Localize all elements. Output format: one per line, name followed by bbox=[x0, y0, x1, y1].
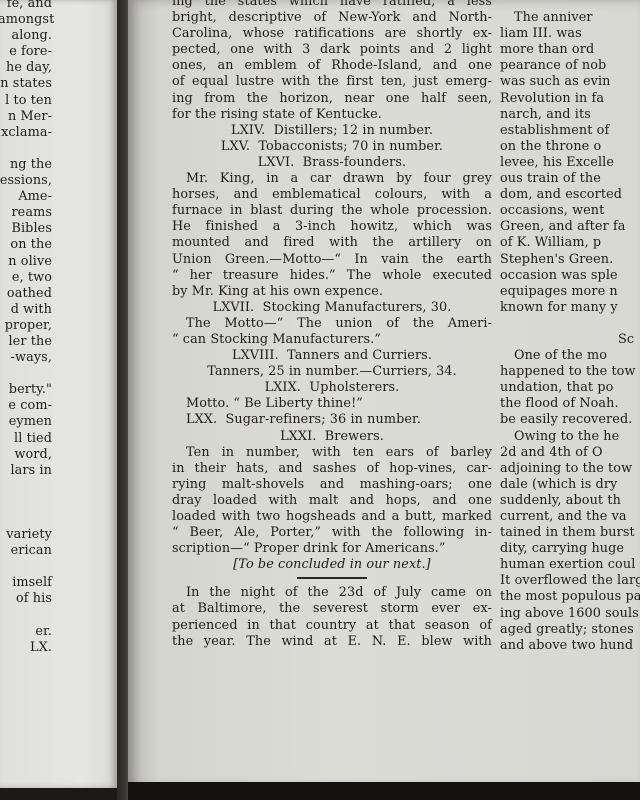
spacer bbox=[500, 316, 640, 332]
text-fragment: imself bbox=[0, 575, 52, 591]
text-line: “ Beer, Ale, Porter,” with the following… bbox=[172, 525, 492, 541]
text-fragment: xclama- bbox=[0, 125, 52, 141]
text-fragment: Revolution in fa bbox=[500, 91, 640, 107]
text-line: The Motto—“ The union of the Ameri- bbox=[172, 316, 492, 332]
text-fragment: the flood of Noah. bbox=[500, 396, 640, 412]
text-line: Union Green.—Motto—“ In vain the earth bbox=[172, 252, 492, 268]
text-fragment: of K. William, p bbox=[500, 235, 640, 251]
text-line: Tanners, 25 in number.—Curriers, 34. bbox=[172, 364, 492, 380]
text-line: dray loaded with malt and hops, and one bbox=[172, 493, 492, 509]
text-fragment: n olive bbox=[0, 254, 52, 270]
page-bottom-edge bbox=[128, 782, 640, 800]
text-fragment: 2d and 4th of O bbox=[500, 445, 640, 461]
text-line: “ can Stocking Manufacturers.” bbox=[172, 332, 492, 348]
text-fragment: e fore- bbox=[0, 44, 52, 60]
text-line: horses, and emblematical colours, with a bbox=[172, 187, 492, 203]
text-fragment: n Mer- bbox=[0, 109, 52, 125]
text-fragment: The anniver bbox=[500, 10, 640, 26]
entry-heading-sugar: LXX. Sugar-refiners; 36 in number. bbox=[172, 412, 492, 428]
text-line: by Mr. King at his own expence. bbox=[172, 284, 492, 300]
text-fragment: ll tied bbox=[0, 431, 52, 447]
text-line: for the rising state of Kentucke. bbox=[172, 107, 492, 123]
text-line: Carolina, whose ratifications are shortl… bbox=[172, 26, 492, 42]
text-fragment: variety bbox=[0, 527, 52, 543]
text-fragment: proper, bbox=[0, 318, 52, 334]
text-fragment: amongst bbox=[0, 12, 52, 28]
text-fragment bbox=[0, 608, 52, 624]
text-fragment: establishment of bbox=[500, 123, 640, 139]
text-fragment: on the throne o bbox=[500, 139, 640, 155]
section-heading: Sc bbox=[500, 332, 640, 348]
right-column: The anniverliam III. wasmore than ordpea… bbox=[500, 0, 640, 654]
text-line: at Baltimore, the severest storm ever ex… bbox=[172, 601, 492, 617]
text-line: the year. The wind at E. N. E. blew with bbox=[172, 634, 492, 650]
text-line: In the night of the 23d of July came on bbox=[172, 585, 492, 601]
text-fragment: oathed bbox=[0, 286, 52, 302]
section-divider bbox=[297, 577, 367, 579]
text-fragment: known for many y bbox=[500, 300, 640, 316]
text-line: pected, one with 3 dark points and 2 lig… bbox=[172, 42, 492, 58]
text-line: ones, an emblem of Rhode-Island, and one bbox=[172, 58, 492, 74]
text-fragment: ler the bbox=[0, 334, 52, 350]
main-column: ing the states which have ratified, a le… bbox=[172, 0, 492, 650]
text-fragment bbox=[0, 559, 52, 575]
left-page: fe, andamongstalong.e fore-he day,n stat… bbox=[0, 0, 117, 788]
text-fragment: dity, carrying huge bbox=[500, 541, 640, 557]
text-line: rying malt-shovels and mashing-oars; one bbox=[172, 477, 492, 493]
text-fragment: pearance of nob bbox=[500, 58, 640, 74]
text-line: in their hats, and sashes of hop-vines, … bbox=[172, 461, 492, 477]
entry-heading-brass-founders: LXVI. Brass-founders. bbox=[172, 155, 492, 171]
text-line: loaded with two hogsheads and a butt, ma… bbox=[172, 509, 492, 525]
entry-heading-brewers: LXXI. Brewers. bbox=[172, 429, 492, 445]
text-line: of equal lustre with the first ten, just… bbox=[172, 74, 492, 90]
text-fragment: It overflowed the larg bbox=[500, 573, 640, 589]
text-fragment bbox=[0, 141, 52, 157]
text-fragment: reams bbox=[0, 205, 52, 221]
entry-heading-stocking: LXVII. Stocking Manufacturers, 30. bbox=[172, 300, 492, 316]
text-fragment: ing above 1600 souls. bbox=[500, 606, 640, 622]
text-fragment: the most populous pa bbox=[500, 589, 640, 605]
text-fragment: he day, bbox=[0, 60, 52, 76]
text-fragment: Green, and after fa bbox=[500, 219, 640, 235]
entry-heading-distillers: LXIV. Distillers; 12 in number. bbox=[172, 123, 492, 139]
text-fragment: One of the mo bbox=[500, 348, 640, 364]
text-fragment: be easily recovered. bbox=[500, 412, 640, 428]
text-fragment: fe, and bbox=[0, 0, 52, 12]
text-fragment: along. bbox=[0, 28, 52, 44]
text-fragment: aged greatly; stones bbox=[500, 622, 640, 638]
continued-note: [To be concluded in our next.] bbox=[172, 557, 492, 573]
text-line: ing from the horizon, near one half seen… bbox=[172, 91, 492, 107]
text-fragment: dom, and escorted bbox=[500, 187, 640, 203]
text-fragment bbox=[0, 479, 52, 495]
text-fragment: Ame- bbox=[0, 189, 52, 205]
text-fragment: current, and the va bbox=[500, 509, 640, 525]
text-fragment: ng the bbox=[0, 157, 52, 173]
text-fragment bbox=[0, 366, 52, 382]
text-fragment: narch, and its bbox=[500, 107, 640, 123]
text-line: He finished a 3-inch howitz, which was bbox=[172, 219, 492, 235]
text-fragment bbox=[0, 511, 52, 527]
text-fragment: lars in bbox=[0, 463, 52, 479]
text-fragment: word, bbox=[0, 447, 52, 463]
text-fragment: LX. bbox=[0, 640, 52, 656]
text-fragment: suddenly, about th bbox=[500, 493, 640, 509]
text-line: bright, descriptive of New-York and Nort… bbox=[172, 10, 492, 26]
text-fragment: liam III. was bbox=[500, 26, 640, 42]
text-line: Ten in number, with ten ears of barley bbox=[172, 445, 492, 461]
text-fragment: Bibles bbox=[0, 221, 52, 237]
text-fragment: occasions, went bbox=[500, 203, 640, 219]
text-line: ing the states which have ratified, a le… bbox=[172, 0, 492, 10]
text-fragment: tained in them burst bbox=[500, 525, 640, 541]
text-fragment: eymen bbox=[0, 414, 52, 430]
text-fragment: levee, his Excelle bbox=[500, 155, 640, 171]
text-fragment: human exertion coul bbox=[500, 557, 640, 573]
text-fragment: happened to the tow bbox=[500, 364, 640, 380]
text-fragment: Owing to the he bbox=[500, 429, 640, 445]
text-fragment: occasion was sple bbox=[500, 268, 640, 284]
text-fragment: n states bbox=[0, 76, 52, 92]
text-line: “ her treasure hides.” The whole execute… bbox=[172, 268, 492, 284]
text-fragment: of his bbox=[0, 591, 52, 607]
text-line: Motto. “ Be Liberty thine!” bbox=[172, 396, 492, 412]
text-fragment: erican bbox=[0, 543, 52, 559]
text-fragment: essions, bbox=[0, 173, 52, 189]
left-column-text: fe, andamongstalong.e fore-he day,n stat… bbox=[0, 0, 52, 656]
entry-heading-tanners: LXVIII. Tanners and Curriers. bbox=[172, 348, 492, 364]
text-fragment: more than ord bbox=[500, 42, 640, 58]
text-line: Mr. King, in a car drawn by four grey bbox=[172, 171, 492, 187]
entry-heading-upholsterers: LXIX. Upholsterers. bbox=[172, 380, 492, 396]
text-fragment: l to ten bbox=[0, 93, 52, 109]
entry-heading-tobacconists: LXV. Tobacconists; 70 in number. bbox=[172, 139, 492, 155]
text-fragment: dale (which is dry bbox=[500, 477, 640, 493]
text-fragment: berty." bbox=[0, 382, 52, 398]
text-fragment: Stephen's Green. bbox=[500, 252, 640, 268]
text-fragment: was such as evin bbox=[500, 74, 640, 90]
text-fragment: and above two hund bbox=[500, 638, 640, 654]
text-fragment: -ways, bbox=[0, 350, 52, 366]
text-fragment: ous train of the bbox=[500, 171, 640, 187]
text-line: scription—“ Proper drink for Americans.” bbox=[172, 541, 492, 557]
text-fragment: er. bbox=[0, 624, 52, 640]
text-line: perienced in that country at that season… bbox=[172, 618, 492, 634]
text-fragment: equipages more n bbox=[500, 284, 640, 300]
text-fragment: e, two bbox=[0, 270, 52, 286]
text-line: mounted and fired with the artillery on bbox=[172, 235, 492, 251]
text-fragment bbox=[0, 495, 52, 511]
text-fragment: undation, that po bbox=[500, 380, 640, 396]
text-fragment: adjoining to the tow bbox=[500, 461, 640, 477]
text-fragment: d with bbox=[0, 302, 52, 318]
spacer bbox=[500, 0, 640, 10]
text-fragment: on the bbox=[0, 237, 52, 253]
text-line: furnace in blast during the whole proces… bbox=[172, 203, 492, 219]
text-fragment: e com- bbox=[0, 398, 52, 414]
